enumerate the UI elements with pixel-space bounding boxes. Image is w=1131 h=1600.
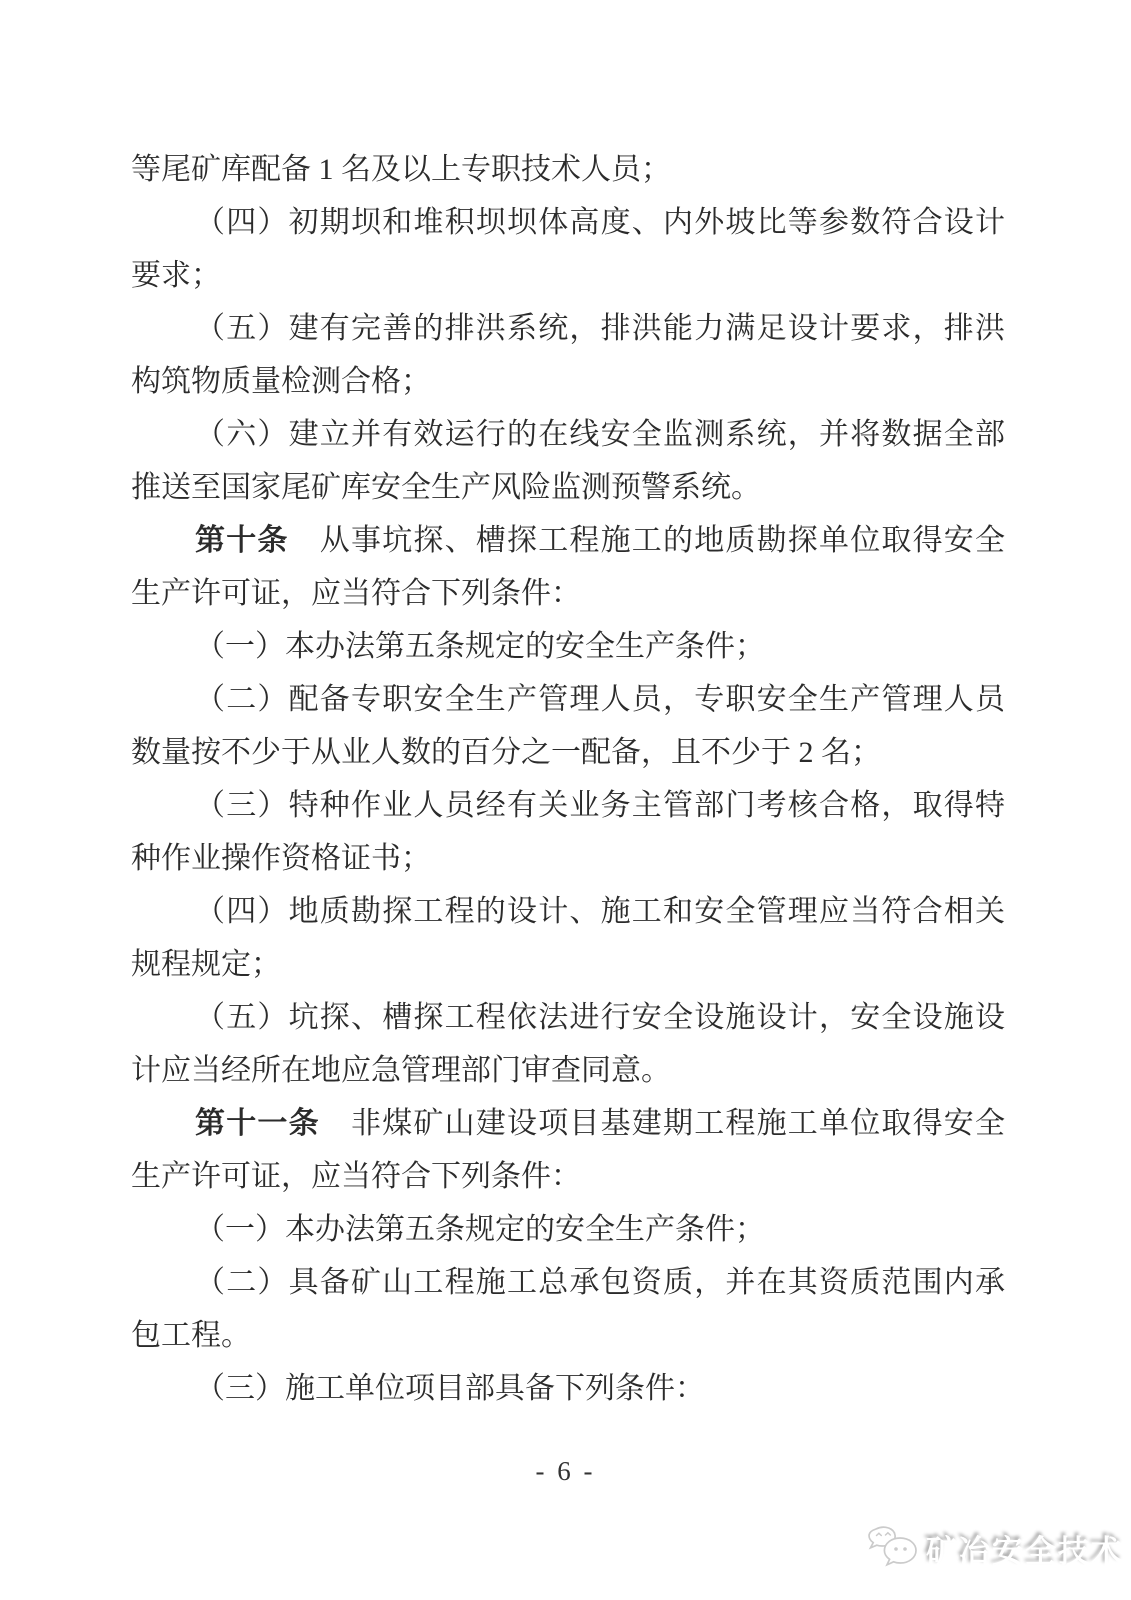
text-run: （四）初期坝和堆积坝坝体高度、内外坡比等参数符合设计: [195, 206, 1005, 239]
text-line: （一）本办法第五条规定的安全生产条件；: [131, 1203, 1005, 1256]
text-line: 第十一条 非煤矿山建设项目基建期工程施工单位取得安全: [131, 1097, 1005, 1150]
text-run: （二）配备专职安全生产管理人员，专职安全生产管理人员: [195, 683, 1005, 716]
text-run: 计应当经所在地应急管理部门审查同意。: [131, 1054, 671, 1087]
text-line: 包工程。: [131, 1309, 1005, 1362]
text-run: （六）建立并有效运行的在线安全监测系统，并将数据全部: [195, 418, 1005, 451]
text-run: （一）本办法第五条规定的安全生产条件；: [195, 630, 765, 663]
text-run: （三）施工单位项目部具备下列条件：: [195, 1372, 705, 1405]
text-line: 构筑物质量检测合格；: [131, 355, 1005, 408]
text-line: （三）特种作业人员经有关业务主管部门考核合格，取得特: [131, 779, 1005, 832]
text-run: 规程规定；: [131, 948, 281, 981]
text-line: 生产许可证，应当符合下列条件：: [131, 1150, 1005, 1203]
wechat-icon: [866, 1525, 918, 1571]
text-line: 数量按不少于从业人数的百分之一配备，且不少于 2 名；: [131, 726, 1005, 779]
text-run: 包工程。: [131, 1319, 251, 1352]
text-line: 生产许可证，应当符合下列条件：: [131, 567, 1005, 620]
document-body: 等尾矿库配备 1 名及以上专职技术人员；（四）初期坝和堆积坝坝体高度、内外坡比等…: [131, 143, 1005, 1415]
text-run: （五）坑探、槽探工程依法进行安全设施设计，安全设施设: [195, 1001, 1005, 1034]
text-line: 计应当经所在地应急管理部门审查同意。: [131, 1044, 1005, 1097]
text-line: （一）本办法第五条规定的安全生产条件；: [131, 620, 1005, 673]
document-page: 等尾矿库配备 1 名及以上专职技术人员；（四）初期坝和堆积坝坝体高度、内外坡比等…: [0, 0, 1131, 1600]
text-run: （二）具备矿山工程施工总承包资质，并在其资质范围内承: [195, 1266, 1005, 1299]
text-run: （三）特种作业人员经有关业务主管部门考核合格，取得特: [195, 789, 1005, 822]
text-line: 要求；: [131, 249, 1005, 302]
text-run: 从事坑探、槽探工程施工的地质勘探单位取得安全: [289, 524, 1005, 557]
text-line: 种作业操作资格证书；: [131, 832, 1005, 885]
text-run: （四）地质勘探工程的设计、施工和安全管理应当符合相关: [195, 895, 1005, 928]
text-line: （三）施工单位项目部具备下列条件：: [131, 1362, 1005, 1415]
text-run: （五）建有完善的排洪系统，排洪能力满足设计要求，排洪: [195, 312, 1005, 345]
text-run: 生产许可证，应当符合下列条件：: [131, 1160, 581, 1193]
text-run: 构筑物质量检测合格；: [131, 365, 431, 398]
text-run: 种作业操作资格证书；: [131, 842, 431, 875]
text-line: （六）建立并有效运行的在线安全监测系统，并将数据全部: [131, 408, 1005, 461]
watermark: 矿冶安全技术: [866, 1518, 1124, 1578]
text-run: 等尾矿库配备 1 名及以上专职技术人员；: [131, 153, 671, 186]
text-line: （二）具备矿山工程施工总承包资质，并在其资质范围内承: [131, 1256, 1005, 1309]
text-line: 规程规定；: [131, 938, 1005, 991]
text-line: （四）初期坝和堆积坝坝体高度、内外坡比等参数符合设计: [131, 196, 1005, 249]
text-run: 数量按不少于从业人数的百分之一配备，且不少于 2 名；: [131, 736, 881, 769]
text-line: （五）坑探、槽探工程依法进行安全设施设计，安全设施设: [131, 991, 1005, 1044]
watermark-label: 矿冶安全技术: [926, 1526, 1124, 1571]
article-number: 第十一条: [195, 1107, 320, 1140]
text-run: 非煤矿山建设项目基建期工程施工单位取得安全: [320, 1107, 1005, 1140]
text-run: 要求；: [131, 259, 221, 292]
text-line: 推送至国家尾矿库安全生产风险监测预警系统。: [131, 461, 1005, 514]
text-run: 推送至国家尾矿库安全生产风险监测预警系统。: [131, 471, 761, 504]
text-line: 等尾矿库配备 1 名及以上专职技术人员；: [131, 143, 1005, 196]
page-number: - 6 -: [0, 1456, 1131, 1487]
article-number: 第十条: [195, 524, 289, 557]
text-line: 第十条 从事坑探、槽探工程施工的地质勘探单位取得安全: [131, 514, 1005, 567]
text-run: （一）本办法第五条规定的安全生产条件；: [195, 1213, 765, 1246]
text-run: 生产许可证，应当符合下列条件：: [131, 577, 581, 610]
text-line: （四）地质勘探工程的设计、施工和安全管理应当符合相关: [131, 885, 1005, 938]
text-line: （二）配备专职安全生产管理人员，专职安全生产管理人员: [131, 673, 1005, 726]
text-line: （五）建有完善的排洪系统，排洪能力满足设计要求，排洪: [131, 302, 1005, 355]
